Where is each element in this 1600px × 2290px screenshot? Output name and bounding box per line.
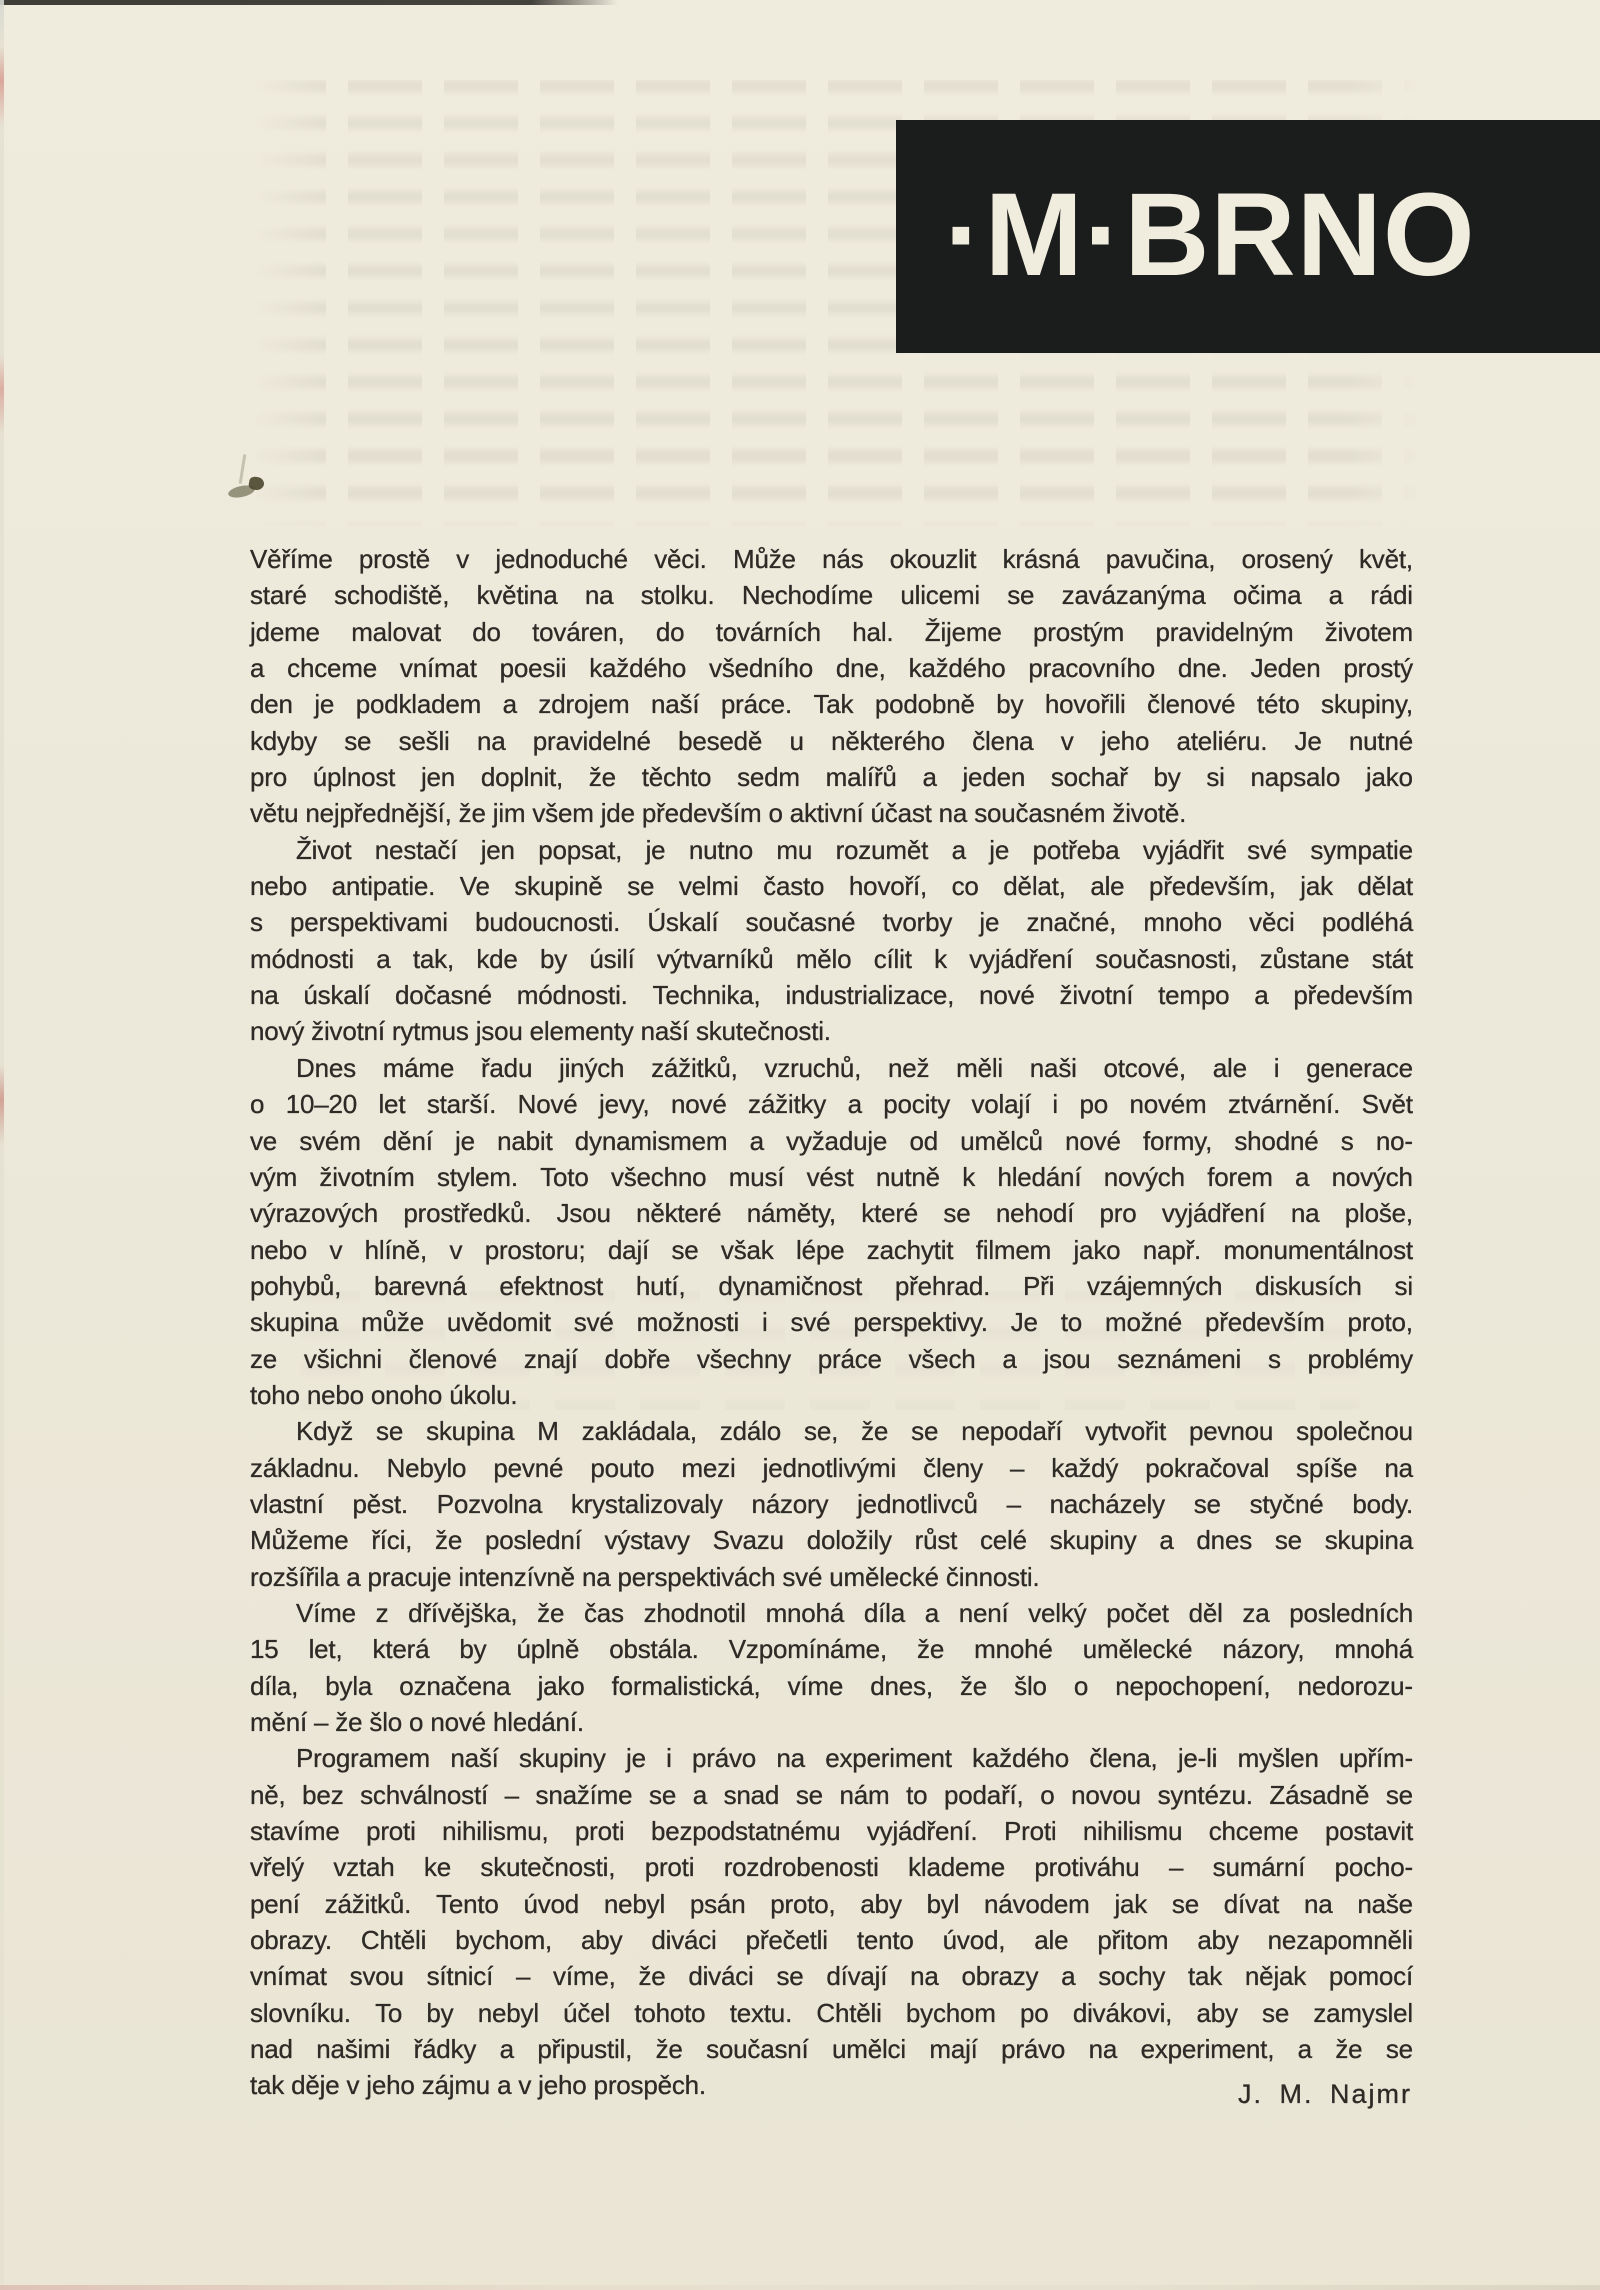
- text-line: Programemnašískupinyjeiprávonaexperiment…: [250, 1740, 1413, 1776]
- text-line: nebovhlíně,vprostoru;dajísevšaklépezachy…: [250, 1232, 1413, 1268]
- text-line: pohybů,barevnáefektnosthutí,dynamičnostp…: [250, 1268, 1413, 1304]
- text-line: neboantipatie.Veskupiněsevelmičastohovoř…: [250, 868, 1413, 904]
- scan-edge-left: [0, 0, 4, 2290]
- text-line: skupinamůžeuvědomitsvémožnostiisvéperspe…: [250, 1304, 1413, 1340]
- scan-edge-top: [0, 0, 618, 5]
- scanned-page: ·M·BRNO Věřímeprostěvjednoduchévěci.Může…: [0, 0, 1600, 2290]
- text-line: ně,bezschválností–snažímeseasnadsenámtop…: [250, 1777, 1413, 1813]
- signature: J. M. Najmr: [1238, 2079, 1412, 2110]
- text-line: penízážitků.Tentoúvodnebylpsánproto,abyb…: [250, 1886, 1413, 1922]
- text-line: toho nebo onoho úkolu.: [250, 1377, 1413, 1413]
- text-line: mění – že šlo o nové hledání.: [250, 1704, 1413, 1740]
- text-line: rozšířila a pracuje intenzívně na perspe…: [250, 1559, 1413, 1595]
- text-line: stavímeprotinihilismu,protibezpodstatném…: [250, 1813, 1413, 1849]
- logo-banner: ·M·BRNO: [896, 120, 1600, 353]
- text-line: Můžemeříci,žeposlednívýstavySvazudoložil…: [250, 1522, 1413, 1558]
- text-line: jdememalovatdotováren,dotovárníchhal.Žij…: [250, 614, 1413, 650]
- text-line: módnostiatak,kdebyúsilívýtvarníkůmělocíl…: [250, 941, 1413, 977]
- text-line: zevšichničlenovéznajídobřevšechnyprácevš…: [250, 1341, 1413, 1377]
- text-line: sperspektivamibudoucnosti.Úskalísoučasné…: [250, 904, 1413, 940]
- text-line: Životnestačíjenpopsat,jenutnomurozumětaj…: [250, 832, 1413, 868]
- logo-text: ·M·BRNO: [944, 167, 1475, 303]
- text-line: KdyžseskupinaMzakládala,zdálose,žesenepo…: [250, 1413, 1413, 1449]
- text-line: vnímatsvousítnicí–víme,žedivácisedívajín…: [250, 1958, 1413, 1994]
- text-line: naúskalídočasnémódnosti.Technika,industr…: [250, 977, 1413, 1013]
- text-line: nadnašimiřádkyapřipustil,žesoučasníumělc…: [250, 2031, 1413, 2067]
- text-line: výrazovýchprostředků.Jsouněkterénáměty,k…: [250, 1195, 1413, 1231]
- text-line: vřelývztahkeskutečnosti,protirozdrobenos…: [250, 1849, 1413, 1885]
- text-line: staréschodiště,květinanastolku.Nechodíme…: [250, 577, 1413, 613]
- text-line: Věřímeprostěvjednoduchévěci.Můženásokouz…: [250, 541, 1413, 577]
- text-line: o10–20letstarší.Novéjevy,novézážitkyapoc…: [250, 1086, 1413, 1122]
- text-line: výmživotnímstylem.Totovšechnomusívéstnut…: [250, 1159, 1413, 1195]
- text-line: proúplnostjendoplnit,žetěchtosedmmalířůa…: [250, 759, 1413, 795]
- text-line: slovníku.Tobynebylúčeltohototextu.Chtěli…: [250, 1995, 1413, 2031]
- scan-edge-bottom: [0, 2285, 1600, 2290]
- text-line: nový životní rytmus jsou elementy naší s…: [250, 1013, 1413, 1049]
- text-line: větu nejpřednější, že jim všem jde přede…: [250, 795, 1413, 831]
- text-line: Vímezdřívějška,žečaszhodnotilmnohádílaan…: [250, 1595, 1413, 1631]
- text-line: 15let,kterábyúplněobstála.Vzpomínáme,žem…: [250, 1631, 1413, 1667]
- text-line: obrazy.Chtělibychom,abydivácipřečetliten…: [250, 1922, 1413, 1958]
- text-line: základnu.Nebylopevnépoutomezijednotlivým…: [250, 1450, 1413, 1486]
- text-line: achcemevnímatpoesiikaždéhovšedníhodne,ka…: [250, 650, 1413, 686]
- text-line: Dnesmámeřadujinýchzážitků,vzruchů,nežměl…: [250, 1050, 1413, 1086]
- essay-text: Věřímeprostěvjednoduchévěci.Můženásokouz…: [250, 541, 1413, 2104]
- text-line: vesvémděníjenabitdynamismemavyžadujeodum…: [250, 1123, 1413, 1159]
- text-line: vlastnípěst.Pozvolnakrystalizovalynázory…: [250, 1486, 1413, 1522]
- text-line: díla,bylaoznačenajakoformalistická,vímed…: [250, 1668, 1413, 1704]
- text-line: kdybysesešlinapravidelnébeseděuněkterého…: [250, 723, 1413, 759]
- text-line: denjepodklademazdrojemnašípráce.Takpodob…: [250, 686, 1413, 722]
